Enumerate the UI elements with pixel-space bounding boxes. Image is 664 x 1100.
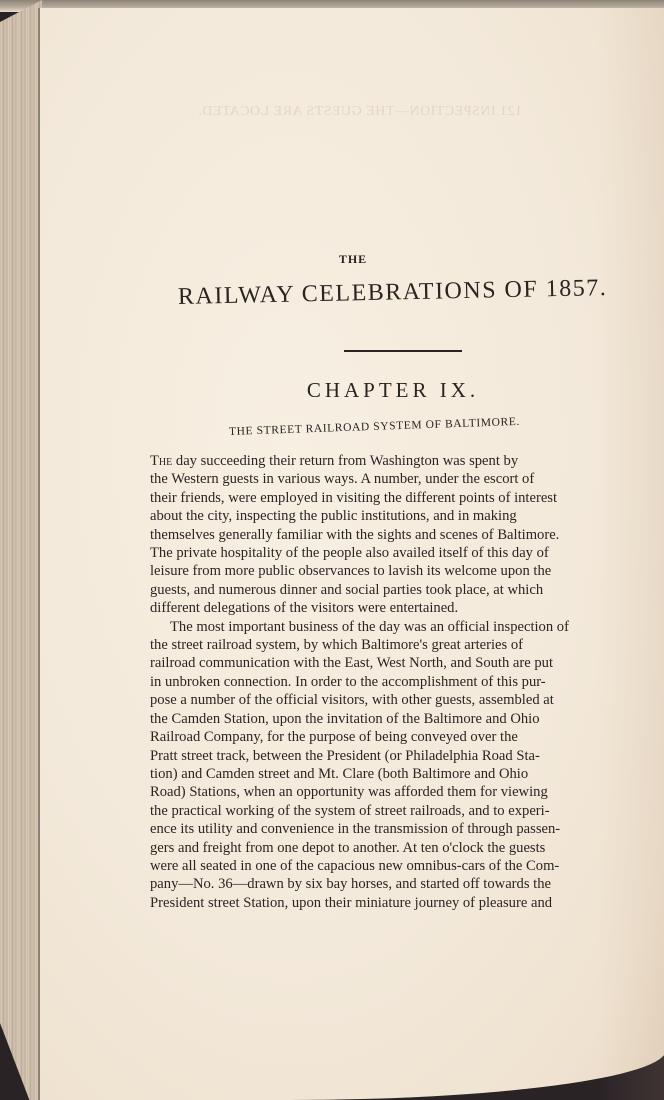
text-line: different delegations of the visitors we…: [150, 599, 590, 617]
text-line: themselves generally familiar with the s…: [150, 526, 590, 544]
text-line: about the city, inspecting the public in…: [150, 507, 590, 525]
text-line: The most important business of the day w…: [150, 618, 590, 636]
text-line: Road) Stations, when an opportunity was …: [150, 783, 590, 801]
text-line: The day succeeding their return from Was…: [150, 452, 590, 470]
chapter-heading: CHAPTER IX.: [40, 378, 664, 403]
text-line: the street railroad system, by which Bal…: [150, 636, 590, 654]
book-page: 121 INSPECTION—THE GUESTS ARE LOCATED. T…: [38, 8, 664, 1100]
title-divider: [344, 350, 462, 352]
bleed-through-header: 121 INSPECTION—THE GUESTS ARE LOCATED.: [150, 104, 570, 120]
text-line: guests, and numerous dinner and social p…: [150, 581, 590, 599]
pre-title: THE: [40, 252, 664, 267]
text-line: gers and freight from one depot to anoth…: [150, 839, 590, 857]
text-line: leisure from more public observances to …: [150, 562, 590, 580]
text-line: Pratt street track, between the Presiden…: [150, 747, 590, 765]
text-line: in unbroken connection. In order to the …: [150, 673, 590, 691]
page-shading: [596, 8, 664, 1100]
text-line: pany—No. 36—drawn by six bay horses, and…: [150, 875, 590, 893]
text-line: The private hospitality of the people al…: [150, 544, 590, 562]
body-text: The day succeeding their return from Was…: [150, 452, 590, 912]
text-line: their friends, were employed in visiting…: [150, 489, 590, 507]
text-line: tion) and Camden street and Mt. Clare (b…: [150, 765, 590, 783]
text-line: Railroad Company, for the purpose of bei…: [150, 728, 590, 746]
text-line: the Camden Station, upon the invitation …: [150, 710, 590, 728]
text-line: the Western guests in various ways. A nu…: [150, 470, 590, 488]
section-title: THE STREET RAILROAD SYSTEM OF BALTIMORE.: [229, 411, 649, 438]
text-line: the practical working of the system of s…: [150, 802, 590, 820]
drop-word: The: [150, 453, 172, 469]
text-line: railroad communication with the East, We…: [150, 654, 590, 672]
book-title: RAILWAY CELEBRATIONS OF 1857.: [178, 274, 664, 311]
text-line: President street Station, upon their min…: [150, 894, 590, 912]
text-line: were all seated in one of the capacious …: [150, 857, 590, 875]
text-line: pose a number of the official visitors, …: [150, 691, 590, 709]
text-line: ence its utility and convenience in the …: [150, 820, 590, 838]
book-page-edges: [0, 0, 42, 1100]
